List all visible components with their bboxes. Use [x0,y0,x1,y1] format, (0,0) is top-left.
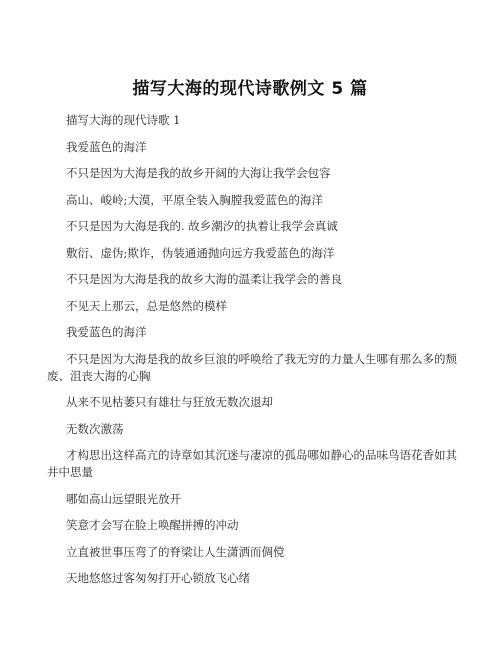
paragraph: 不见天上那云，总是悠然的模样 [47,298,467,315]
paragraph-wrapped: 不只是因为大海是我的故乡巨浪的呼唤给了我无穷的力量人生哪有那么多的颓废、沮丧大海… [47,351,467,385]
document-body: 描写大海的现代诗歌 1 我爱蓝色的海洋 不只是因为大海是我的故乡开阔的大海让我学… [47,112,467,597]
paragraph: 不只是因为大海是我的故乡开阔的大海让我学会包容 [47,165,467,182]
paragraph: 我爱蓝色的海洋 [47,324,467,341]
document-title: 描写大海的现代诗歌例文 5 篇 [0,74,500,99]
paragraph: 不只是因为大海是我的故乡大海的温柔让我学会的善良 [47,271,467,288]
paragraph: 高山、峻岭;大漠，平原全装入胸膛我爱蓝色的海洋 [47,192,467,209]
paragraph: 无数次激荡 [47,421,467,438]
paragraph: 敷衍、虚伪;欺诈，伪装通通抛向远方我爱蓝色的海洋 [47,245,467,262]
paragraph: 不只是因为大海是我的. 故乡潮汐的执着让我学会真诚 [47,218,467,235]
paragraph: 哪如高山远望眼光放开 [47,491,467,508]
paragraph: 笑意才会写在脸上唤醒拼搏的冲动 [47,517,467,534]
paragraph: 天地悠悠过客匆匆打开心锁放飞心绪 [47,570,467,587]
paragraph-wrapped: 才构思出这样高亢的诗章如其沉迷与凄凉的孤岛哪如静心的品味鸟语花香如其井中思量 [47,447,467,481]
document-page: 描写大海的现代诗歌例文 5 篇 描写大海的现代诗歌 1 我爱蓝色的海洋 不只是因… [0,0,500,647]
paragraph: 描写大海的现代诗歌 1 [47,112,467,129]
paragraph: 我爱蓝色的海洋 [47,139,467,156]
paragraph: 从来不见枯萎只有雄壮与狂放无数次退却 [47,394,467,411]
paragraph: 立直被世事压弯了的脊梁让人生潇洒而倜傥 [47,544,467,561]
